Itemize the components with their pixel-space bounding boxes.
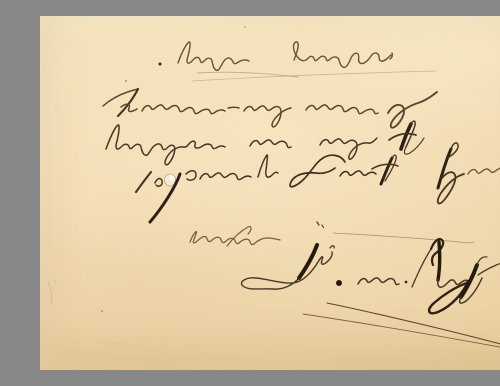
closing-dash-flourish [333, 233, 474, 243]
signature-period-dot [336, 280, 342, 286]
handwriting-line-body-3 [136, 143, 500, 222]
paper-specks [48, 26, 246, 343]
ink-blot-dot [159, 63, 162, 66]
handwriting-line-closing [190, 222, 474, 246]
signature-small-dot [405, 281, 408, 284]
handwriting-line-body-1 [103, 89, 437, 128]
handwriting-signature [241, 239, 500, 313]
paper-damage-chip [165, 174, 176, 186]
handwriting-strokes [40, 16, 500, 370]
signature-flourish-underline [303, 303, 500, 357]
handwriting-line-salutation [159, 42, 393, 77]
handwritten-note: Myn Heere Kan my morge bezorgen des nagt… [40, 16, 500, 370]
